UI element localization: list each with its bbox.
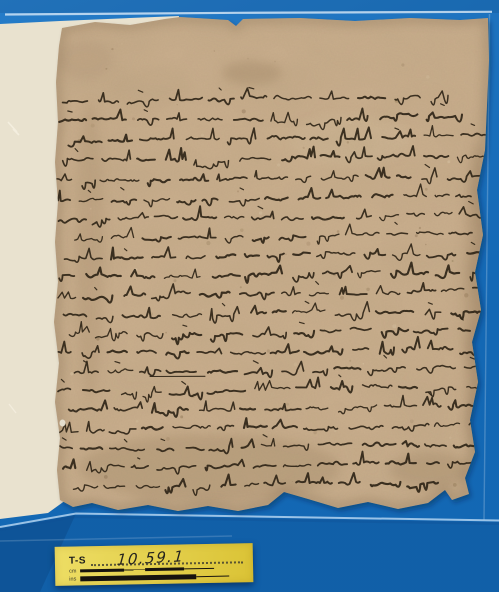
parchment-speck [259,211,263,215]
manuscript-fragment [50,10,495,520]
parchment-speck [150,216,153,219]
scene-canvas [0,0,499,592]
scale-segment [145,567,184,571]
parchment-speck [240,229,243,232]
parchment-speck [464,293,468,297]
manuscript-word [470,272,488,281]
parchment-speck [415,234,418,237]
parchment-speck [419,227,421,229]
manuscript-word [137,159,155,161]
parchment-speck [132,117,135,120]
worm-hole [60,420,66,427]
parchment-speck [425,188,428,191]
parchment-speck [442,323,444,325]
scale-unit-in: ins [69,576,80,582]
parchment-speck [237,190,239,192]
parchment-speck [136,420,139,423]
parchment-speck [180,415,183,418]
parchment-speck [452,260,454,262]
parchment-texture [50,10,495,520]
parchment-speck [340,296,344,300]
scale-segment [80,574,196,581]
parchment-speck [453,483,457,487]
parchment-speck [202,309,204,311]
scale-segment [80,568,124,572]
parchment-speck [306,242,310,246]
parchment-speck [247,58,248,59]
parchment-speck [277,163,280,166]
parchment-speck [410,420,414,424]
parchment-speck [274,61,276,63]
parchment-speck [425,244,427,246]
photograph-of-genizah-fragment: T-S 10.59.1 cm ins [0,0,499,592]
parchment-speck [366,288,369,291]
parchment-speck [286,403,289,406]
parchment-speck [447,160,450,163]
parchment-speck [177,104,178,105]
parchment-speck [111,48,113,50]
parchment-speck [91,124,95,128]
label-classmark-handwritten: 10.59.1 [116,547,185,569]
scale-segment [124,568,145,572]
classmark-label: T-S 10.59.1 cm ins [55,543,254,586]
parchment-speck [401,63,404,66]
parchment-speck [285,253,286,254]
parchment-speck [362,363,364,365]
parchment-speck [117,183,118,184]
parchment-speck [214,50,215,51]
parchment-speck [174,279,177,282]
scale-bar-in [80,573,229,583]
parchment-speck [349,121,352,124]
parchment-speck [337,230,340,233]
parchment-speck [165,332,167,334]
parchment-speck [449,436,452,439]
parchment-speck [102,465,105,468]
parchment-speck [267,349,270,352]
parchment-speck [70,372,73,375]
parchment-speck [242,109,246,113]
parchment-speck [392,324,396,328]
parchment-speck [90,208,92,210]
parchment-speck [201,133,204,136]
parchment-speck [334,430,336,432]
parchment-speck [313,431,316,434]
parchment-speck [240,286,242,288]
parchment-speck [121,43,123,45]
parchment-speck [349,360,351,362]
scale-unit-cm: cm [69,568,80,574]
manuscript-word [240,409,255,410]
parchment-speck [347,141,349,143]
parchment-speck [294,362,298,366]
parchment-speck [105,68,107,70]
parchment-speck [104,475,108,479]
scale-segment [196,575,229,577]
scale-segment [184,568,214,570]
parchment-speck [206,241,210,245]
parchment-speck [166,437,170,441]
parchment-speck [426,75,430,79]
parchment-speck [303,147,305,149]
label-series-text: T-S [69,556,86,566]
label-dotted-leader: 10.59.1 [91,546,243,566]
parchment-speck [292,481,293,482]
